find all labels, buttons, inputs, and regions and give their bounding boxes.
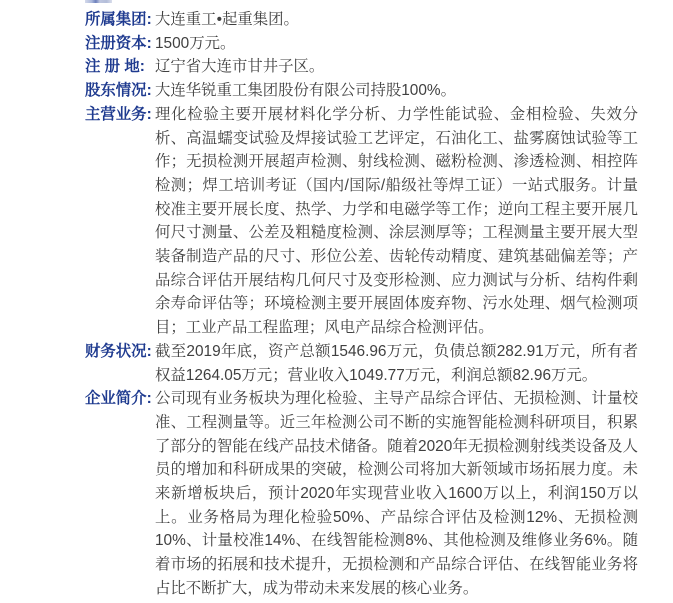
field-financial-status: 财务状况: 截至2019年底，资产总额1546.96万元，负债总额282.91万… xyxy=(85,340,638,387)
field-parent-group: 所属集团: 大连重工•起重集团。 xyxy=(85,8,638,32)
field-shareholding: 股东情况: 大连华锐重工集团股份有限公司持股100%。 xyxy=(85,79,638,103)
field-value-parent-group: 大连重工•起重集团。 xyxy=(155,8,638,32)
field-registered-capital: 注册资本: 1500万元。 xyxy=(85,32,638,56)
field-value-registered-address: 辽宁省大连市甘井子区。 xyxy=(155,55,638,79)
field-company-profile: 企业简介: 公司现有业务板块为理化检验、主导产品综合评估、无损检测、计量校准、工… xyxy=(85,387,638,600)
field-label-registered-address: 注 册 地: xyxy=(85,55,155,79)
field-value-main-business: 理化检验主要开展材料化学分析、力学性能试验、金相检验、失效分析、高温蠕变试验及焊… xyxy=(155,103,638,340)
field-value-financial-status: 截至2019年底，资产总额1546.96万元，负债总额282.91万元，所有者权… xyxy=(155,340,638,387)
field-label-registered-capital: 注册资本: xyxy=(85,32,155,56)
company-profile-document: 所属集团: 大连重工•起重集团。 注册资本: 1500万元。 注 册 地: 辽宁… xyxy=(0,0,673,603)
field-label-company-profile: 企业简介: xyxy=(85,387,155,411)
field-main-business: 主营业务: 理化检验主要开展材料化学分析、力学性能试验、金相检验、失效分析、高温… xyxy=(85,103,638,340)
field-label-shareholding: 股东情况: xyxy=(85,79,155,103)
field-label-financial-status: 财务状况: xyxy=(85,340,155,364)
field-registered-address: 注 册 地: 辽宁省大连市甘井子区。 xyxy=(85,55,638,79)
field-value-company-profile: 公司现有业务板块为理化检验、主导产品综合评估、无损检测、计量校准、工程测量等。近… xyxy=(155,387,638,600)
profile-field-list: 所属集团: 大连重工•起重集团。 注册资本: 1500万元。 注 册 地: 辽宁… xyxy=(0,0,673,601)
cropped-text-fragment xyxy=(85,0,112,3)
field-value-shareholding: 大连华锐重工集团股份有限公司持股100%。 xyxy=(155,79,638,103)
field-label-parent-group: 所属集团: xyxy=(85,8,155,32)
field-label-main-business: 主营业务: xyxy=(85,103,155,127)
field-value-registered-capital: 1500万元。 xyxy=(155,32,638,56)
